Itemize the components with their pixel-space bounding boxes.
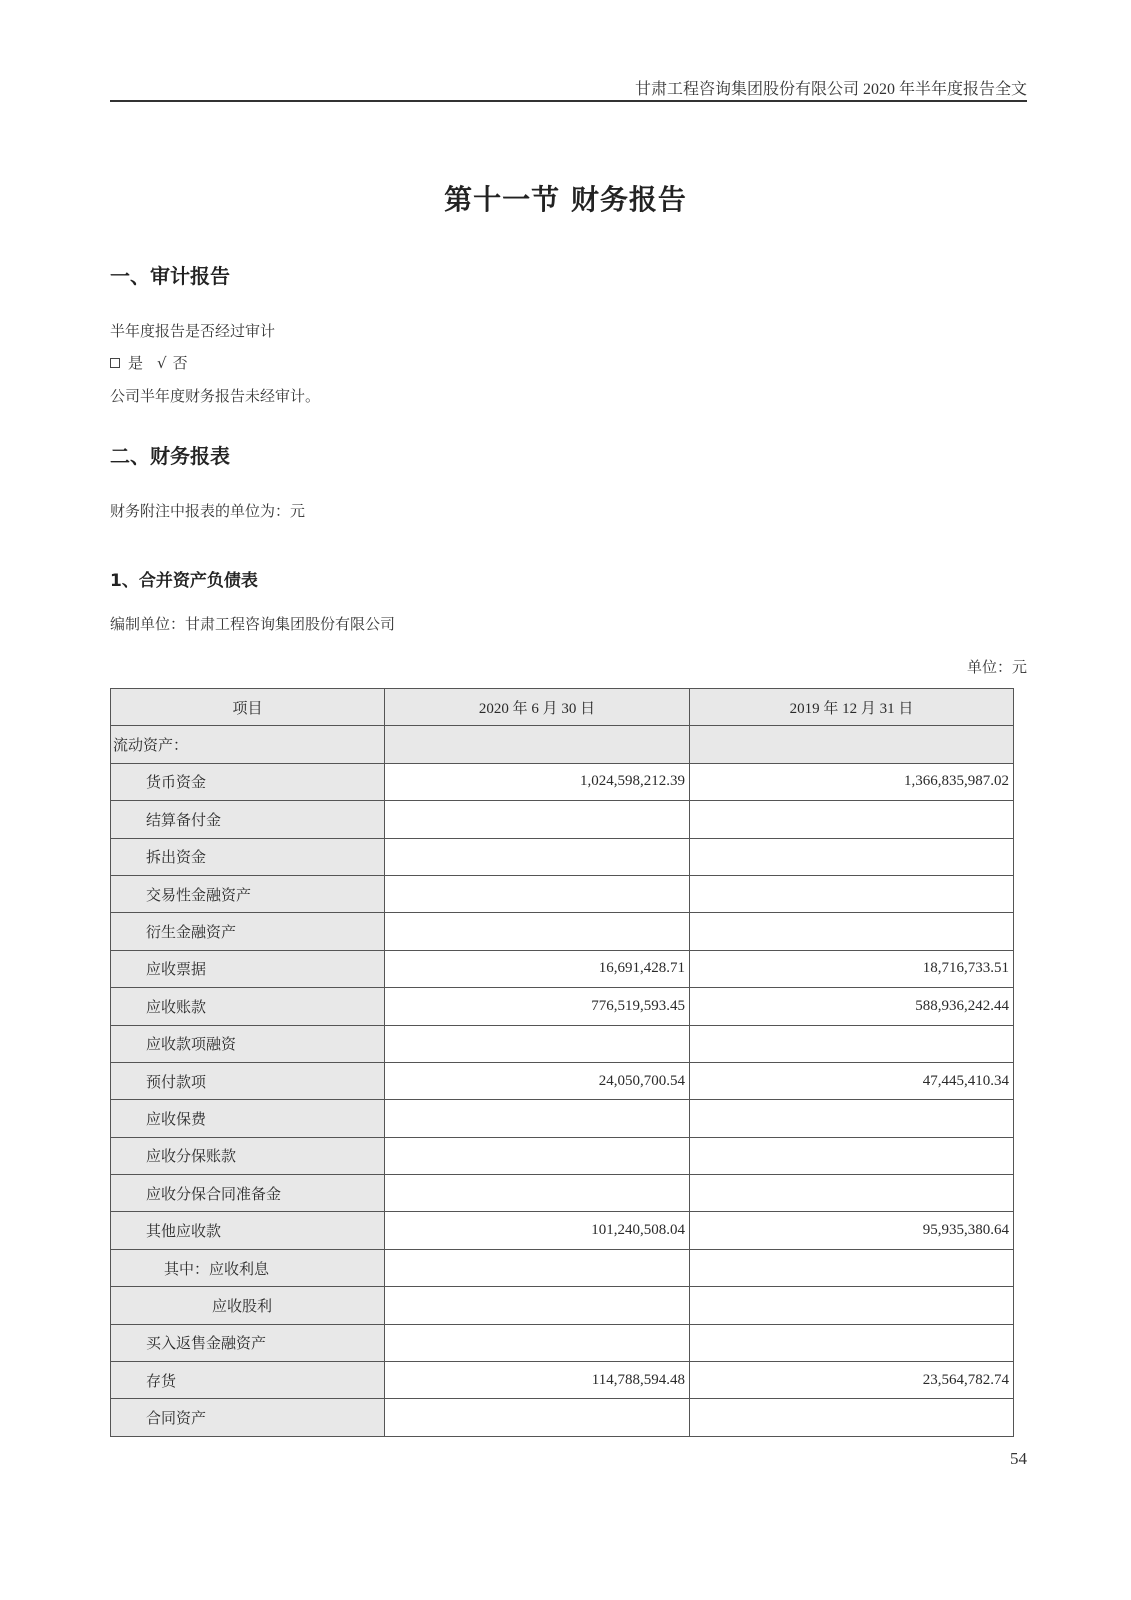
- header-divider: [110, 100, 1027, 102]
- prepared-by: 编制单位：甘肃工程咨询集团股份有限公司: [110, 613, 395, 634]
- table-row: 预付款项 24,050,700.54 47,445,410.34: [111, 1062, 1014, 1099]
- row-current: [385, 1175, 690, 1212]
- running-header: 甘肃工程咨询集团股份有限公司 2020 年半年度报告全文: [635, 76, 1027, 99]
- row-current: [385, 1025, 690, 1062]
- financial-statements-heading: 二、财务报表: [110, 440, 230, 469]
- row-label: 交易性金融资产: [111, 875, 385, 912]
- row-prior: 1,366,835,987.02: [690, 763, 1014, 800]
- row-label: 应收账款: [111, 988, 385, 1025]
- table-row: 应收票据 16,691,428.71 18,716,733.51: [111, 950, 1014, 987]
- row-current: [385, 913, 690, 950]
- table-row: 其他应收款 101,240,508.04 95,935,380.64: [111, 1212, 1014, 1249]
- row-prior: 47,445,410.34: [690, 1062, 1014, 1099]
- row-prior: 18,716,733.51: [690, 950, 1014, 987]
- row-current: 114,788,594.48: [385, 1362, 690, 1399]
- row-prior: [690, 875, 1014, 912]
- row-prior: [690, 726, 1014, 763]
- column-header-prior: 2019 年 12 月 31 日: [690, 689, 1014, 726]
- row-prior: [690, 1025, 1014, 1062]
- row-current: [385, 838, 690, 875]
- row-prior: [690, 1324, 1014, 1361]
- row-label: 流动资产：: [111, 726, 385, 763]
- table-row: 应收账款 776,519,593.45 588,936,242.44: [111, 988, 1014, 1025]
- option-no-label: 否: [173, 352, 188, 373]
- row-current: [385, 726, 690, 763]
- row-prior: [690, 801, 1014, 838]
- row-prior: [690, 1175, 1014, 1212]
- row-current: [385, 1399, 690, 1436]
- row-current: [385, 1100, 690, 1137]
- row-prior: [690, 1100, 1014, 1137]
- row-current: 1,024,598,212.39: [385, 763, 690, 800]
- row-current: [385, 801, 690, 838]
- row-label: 其中：应收利息: [111, 1249, 385, 1286]
- row-label: 应收分保账款: [111, 1137, 385, 1174]
- row-current: [385, 1324, 690, 1361]
- unit-note: 财务附注中报表的单位为：元: [110, 500, 305, 521]
- row-current: 776,519,593.45: [385, 988, 690, 1025]
- row-label: 应收款项融资: [111, 1025, 385, 1062]
- checkmark-icon: √: [157, 354, 167, 372]
- row-label: 应收保费: [111, 1100, 385, 1137]
- row-prior: [690, 1287, 1014, 1324]
- audit-question: 半年度报告是否经过审计: [110, 320, 275, 341]
- balance-sheet-heading: 1、合并资产负债表: [110, 566, 258, 591]
- row-prior: [690, 1399, 1014, 1436]
- row-current: [385, 1287, 690, 1324]
- audit-options: 是 √ 否: [110, 352, 188, 373]
- row-label: 存货: [111, 1362, 385, 1399]
- table-row: 拆出资金: [111, 838, 1014, 875]
- row-prior: [690, 913, 1014, 950]
- row-prior: [690, 838, 1014, 875]
- row-prior: [690, 1137, 1014, 1174]
- row-label: 应收票据: [111, 950, 385, 987]
- row-label: 拆出资金: [111, 838, 385, 875]
- column-header-current: 2020 年 6 月 30 日: [385, 689, 690, 726]
- table-row: 应收股利: [111, 1287, 1014, 1324]
- table-row: 衍生金融资产: [111, 913, 1014, 950]
- row-label: 衍生金融资产: [111, 913, 385, 950]
- table-row: 应收分保合同准备金: [111, 1175, 1014, 1212]
- row-current: [385, 1249, 690, 1286]
- table-row: 买入返售金融资产: [111, 1324, 1014, 1361]
- row-label: 其他应收款: [111, 1212, 385, 1249]
- page-title: 第十一节 财务报告: [0, 178, 1131, 218]
- row-label: 货币资金: [111, 763, 385, 800]
- row-current: [385, 1137, 690, 1174]
- table-row: 应收款项融资: [111, 1025, 1014, 1062]
- checkbox-yes-icon: [110, 358, 120, 368]
- unit-label: 单位：元: [967, 656, 1027, 677]
- row-prior: 95,935,380.64: [690, 1212, 1014, 1249]
- table-header-row: 项目 2020 年 6 月 30 日 2019 年 12 月 31 日: [111, 689, 1014, 726]
- table-row: 应收保费: [111, 1100, 1014, 1137]
- row-current: [385, 875, 690, 912]
- column-header-item: 项目: [111, 689, 385, 726]
- row-current: 24,050,700.54: [385, 1062, 690, 1099]
- row-label: 买入返售金融资产: [111, 1324, 385, 1361]
- table-row: 交易性金融资产: [111, 875, 1014, 912]
- table-row: 应收分保账款: [111, 1137, 1014, 1174]
- table-row: 结算备付金: [111, 801, 1014, 838]
- table-row: 合同资产: [111, 1399, 1014, 1436]
- row-label: 合同资产: [111, 1399, 385, 1436]
- row-label: 应收分保合同准备金: [111, 1175, 385, 1212]
- audit-report-heading: 一、审计报告: [110, 260, 230, 289]
- option-yes-label: 是: [128, 352, 143, 373]
- audit-statement: 公司半年度财务报告未经审计。: [110, 385, 320, 406]
- row-prior: [690, 1249, 1014, 1286]
- row-prior: 23,564,782.74: [690, 1362, 1014, 1399]
- table-row: 其中：应收利息: [111, 1249, 1014, 1286]
- row-prior: 588,936,242.44: [690, 988, 1014, 1025]
- row-current: 101,240,508.04: [385, 1212, 690, 1249]
- row-label: 结算备付金: [111, 801, 385, 838]
- row-label: 应收股利: [111, 1287, 385, 1324]
- table-row: 货币资金 1,024,598,212.39 1,366,835,987.02: [111, 763, 1014, 800]
- balance-sheet-table: 项目 2020 年 6 月 30 日 2019 年 12 月 31 日 流动资产…: [110, 688, 1014, 1437]
- row-current: 16,691,428.71: [385, 950, 690, 987]
- table-row: 流动资产：: [111, 726, 1014, 763]
- table-row: 存货 114,788,594.48 23,564,782.74: [111, 1362, 1014, 1399]
- row-label: 预付款项: [111, 1062, 385, 1099]
- page-number: 54: [1010, 1449, 1027, 1469]
